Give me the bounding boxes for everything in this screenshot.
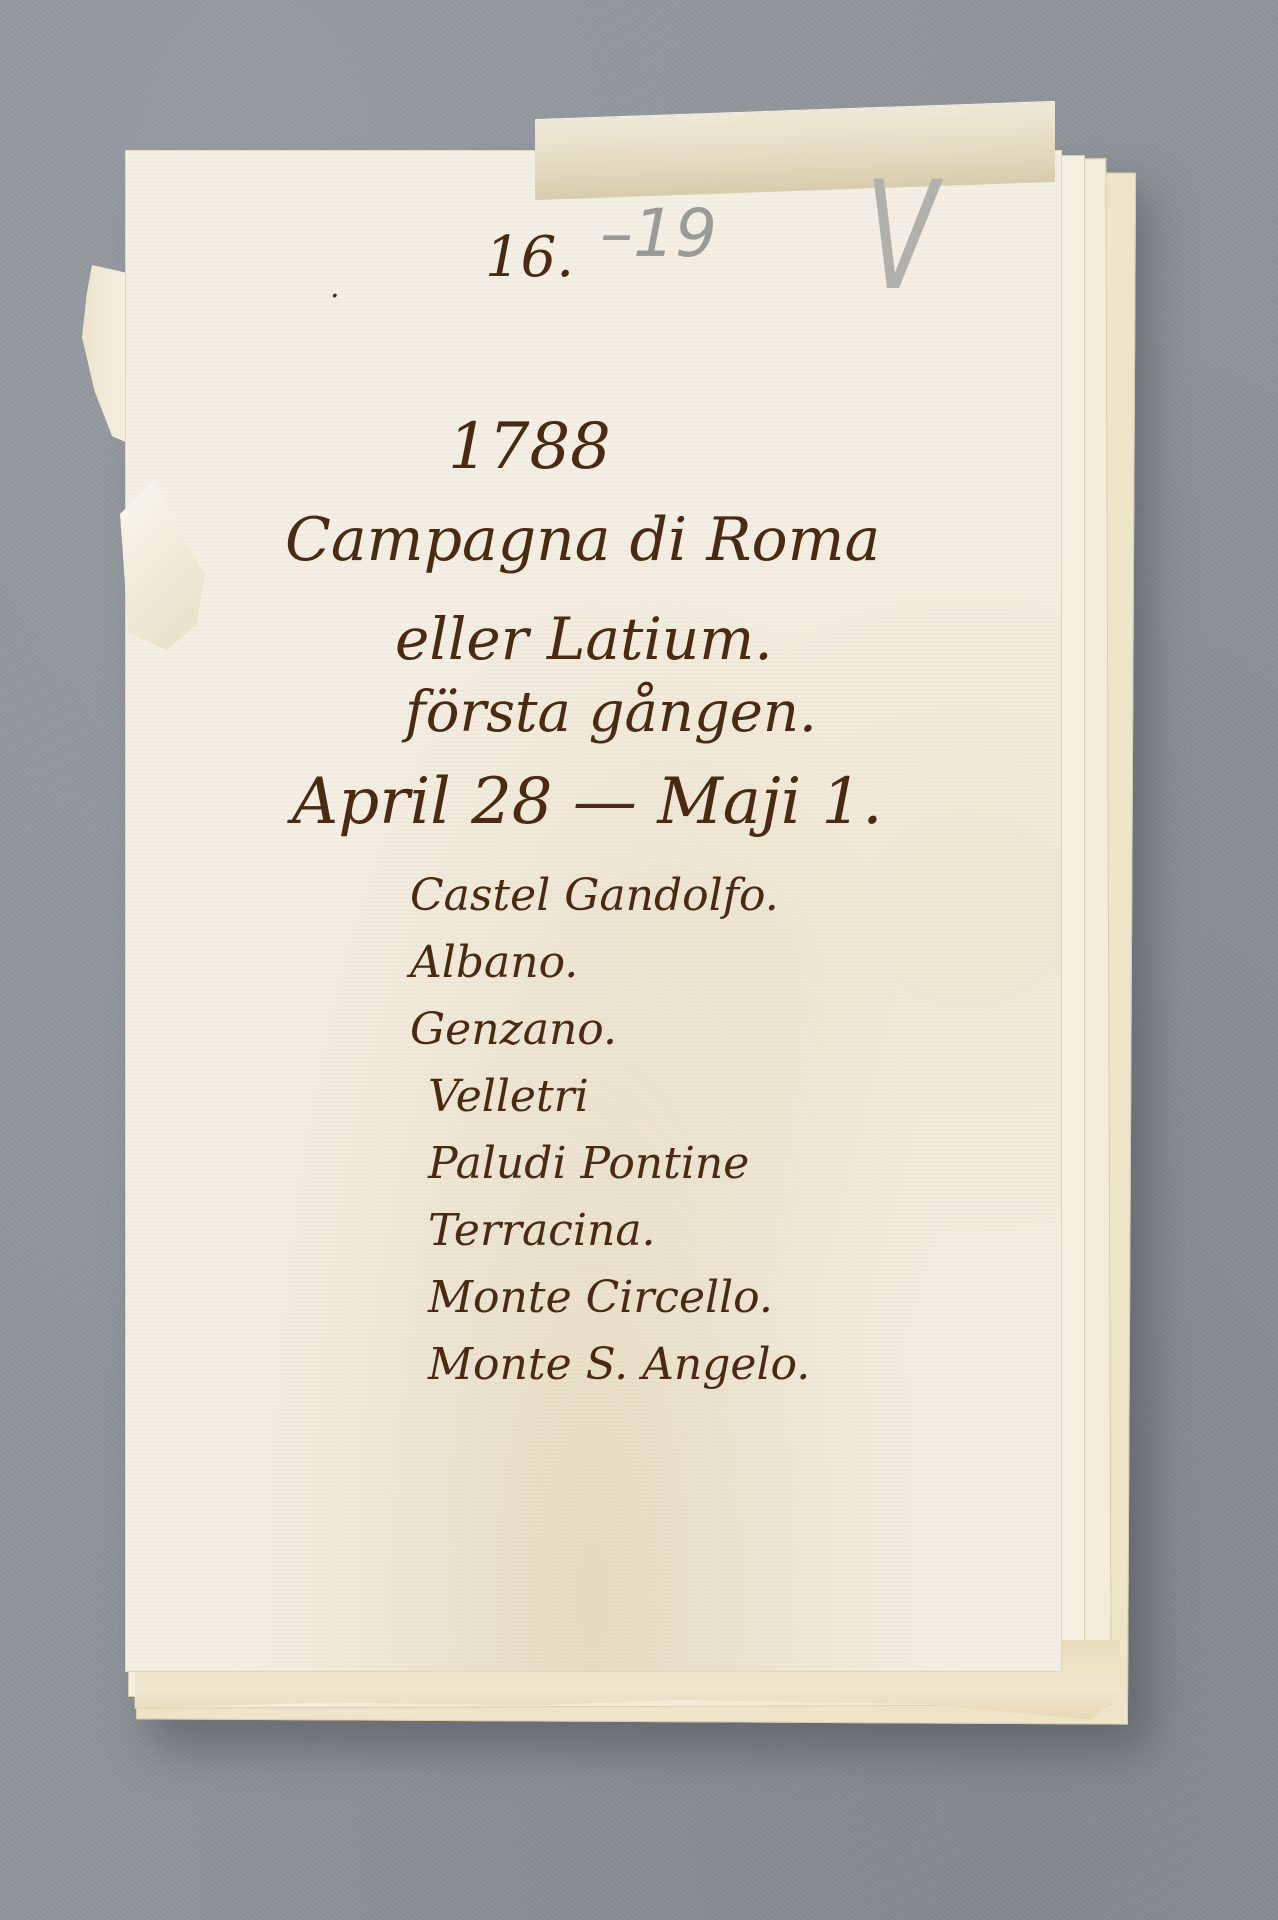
date-range: April 28 — Maji 1. — [292, 765, 883, 839]
pencil-folio-range: –19 — [600, 195, 717, 272]
place-item: Terracina. — [410, 1197, 810, 1264]
place-item: Genzano. — [410, 996, 810, 1063]
folio-number: 16. — [485, 225, 574, 290]
place-item: Monte S. Angelo. — [410, 1331, 810, 1398]
title-line-2: eller Latium. — [395, 605, 773, 673]
title-line-1: Campagna di Roma — [285, 505, 880, 575]
place-item: Monte Circello. — [410, 1264, 810, 1331]
place-item: Albano. — [410, 929, 810, 996]
place-list: Castel Gandolfo. Albano. Genzano. Vellet… — [410, 862, 810, 1398]
title-line-3: första gången. — [405, 680, 817, 745]
pencil-check-mark: V — [865, 150, 937, 324]
manuscript-year: 1788 — [448, 410, 611, 484]
place-item: Paludi Pontine — [410, 1130, 810, 1197]
place-item: Velletri — [410, 1063, 810, 1130]
place-item: Castel Gandolfo. — [410, 862, 810, 929]
stray-ink-dot: . — [330, 270, 340, 305]
